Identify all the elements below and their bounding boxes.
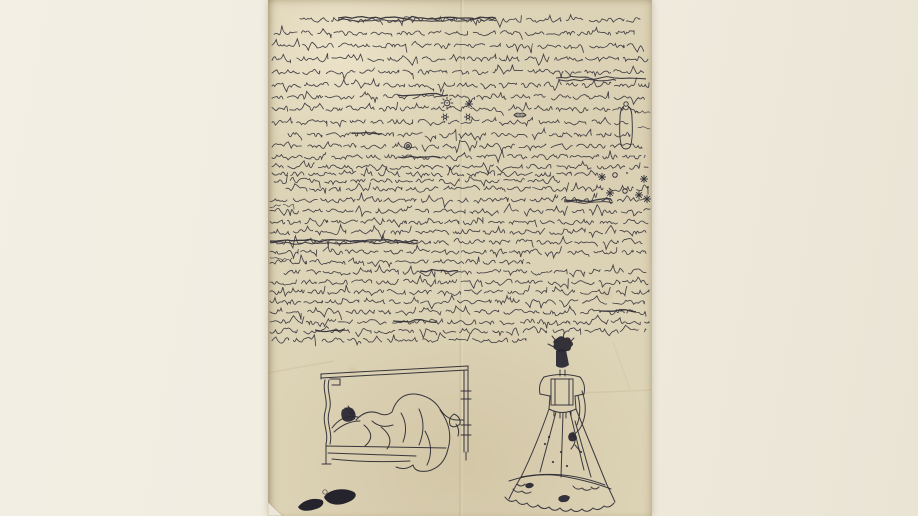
handwriting-line	[270, 218, 648, 228]
handwriting-line	[270, 235, 642, 249]
crease-line	[268, 361, 334, 373]
flower-icon	[441, 114, 449, 121]
lips-icon	[514, 113, 526, 117]
bed-sketch-stroke	[326, 446, 446, 448]
star-icon	[640, 175, 648, 183]
ink-blot	[298, 499, 323, 511]
handwriting-line	[274, 26, 634, 40]
underline	[560, 79, 616, 81]
ink-blot	[324, 489, 356, 504]
bed-sketch-stroke	[356, 394, 464, 420]
handwriting-line	[272, 151, 645, 163]
doodle-symbols	[405, 97, 651, 203]
sun-icon	[441, 97, 453, 109]
bed-sketch-stroke	[332, 459, 410, 462]
bed-sketch-stroke	[328, 453, 416, 456]
woman-sketch-stroke	[573, 486, 591, 490]
strikethrough	[420, 270, 458, 272]
handwriting-line	[272, 141, 642, 153]
dot-icon	[626, 172, 628, 174]
dress-pattern-dot	[544, 443, 546, 445]
handwriting-line	[272, 90, 644, 104]
paper-creases	[268, 0, 652, 516]
crease-line	[613, 342, 630, 390]
handwriting-line	[270, 306, 646, 320]
crease-line	[580, 390, 652, 393]
handwriting-line	[270, 225, 646, 240]
woman-sketch-stroke	[540, 412, 556, 472]
woman-sketch-fill	[558, 495, 570, 502]
handwriting-line	[272, 102, 638, 115]
dress-pattern-dot	[560, 451, 562, 453]
star-icon	[643, 195, 651, 203]
bed-sketch-stroke	[321, 366, 468, 374]
woman-sketch-stroke	[575, 421, 591, 477]
bed-sketch-stroke	[328, 380, 331, 444]
underline	[556, 76, 646, 79]
letter-artwork	[268, 0, 652, 516]
strikethrough	[338, 17, 496, 20]
bed-sketch-stroke	[324, 380, 327, 448]
handwriting-line	[270, 205, 294, 210]
handwriting-line	[270, 258, 292, 262]
handwriting-line	[270, 245, 646, 258]
letter-photograph: Partial transcription of legible passage…	[0, 0, 918, 516]
folded-corner	[268, 502, 283, 516]
handwriting-line	[270, 295, 645, 308]
handwriting-line	[270, 276, 648, 289]
handwriting-line	[272, 118, 628, 127]
woman-sketch-stroke	[517, 484, 525, 486]
woman-sketch-stroke	[540, 377, 545, 394]
handwriting-line	[274, 175, 560, 187]
bed-sketch-stroke	[413, 410, 450, 471]
woman-sketch-stroke	[513, 489, 531, 493]
dot-icon	[647, 186, 649, 188]
ink-blots	[298, 489, 356, 510]
handwriting-line	[270, 255, 530, 267]
woman-sketch-stroke	[577, 396, 580, 425]
eye-icon	[405, 143, 412, 150]
handwriting-line	[284, 265, 646, 277]
woman-sketch-stroke	[591, 487, 599, 489]
woman-sketch-stroke	[551, 379, 573, 405]
bed-sketch-stroke	[396, 465, 413, 469]
bed-sketch-stroke	[381, 427, 390, 449]
woman-sketch-fill	[556, 349, 569, 368]
woman-sketch-stroke	[575, 396, 576, 409]
dress-pattern-dot	[552, 461, 554, 463]
handwriting-line	[288, 129, 630, 142]
bed-sketch-stroke	[401, 413, 406, 442]
star-icon	[465, 100, 473, 108]
woman-sketch-stroke	[548, 344, 554, 347]
woman-sketch-stroke	[544, 375, 580, 378]
woman-sketch-stroke	[549, 409, 576, 413]
handwriting-line	[272, 39, 644, 53]
woman-sketch-fill	[525, 483, 534, 488]
bed-sketch-stroke	[372, 421, 393, 426]
strikethrough	[315, 329, 345, 332]
bed-sketch-stroke	[321, 370, 467, 378]
handwriting-line	[270, 193, 644, 208]
bed-sketch-stroke	[334, 421, 360, 432]
star-icon	[598, 173, 606, 181]
underline-strokes	[556, 76, 646, 81]
flower-icon	[464, 114, 472, 121]
woman-sketch-stroke	[540, 394, 550, 396]
ring-icon	[613, 173, 618, 178]
bed-sketch-stroke	[330, 379, 340, 385]
crease-line	[462, 0, 463, 516]
bottle-icon	[620, 102, 633, 149]
woman-sketch	[505, 333, 615, 512]
dress-pattern-dot	[566, 465, 568, 467]
handwriting-line	[272, 333, 526, 346]
dress-pattern-dot	[580, 451, 582, 453]
strikethrough	[270, 242, 418, 245]
letter-paper	[268, 0, 652, 516]
woman-sketch-stroke	[561, 413, 563, 477]
star-icon	[635, 191, 643, 199]
ink-blot-ring	[323, 490, 327, 494]
bed-sketch-stroke	[364, 425, 371, 446]
woman-sketch-stroke	[549, 396, 550, 409]
bed-sketch	[321, 366, 471, 471]
star-icon	[606, 189, 614, 197]
handwriting-line	[638, 127, 650, 129]
handwriting-line	[286, 183, 648, 195]
crease-line	[460, 0, 461, 516]
handwriting-line	[300, 15, 640, 27]
bed-sketch-fill	[341, 407, 355, 422]
handwriting-line	[272, 167, 598, 178]
bed-sketch-stroke	[419, 409, 423, 445]
